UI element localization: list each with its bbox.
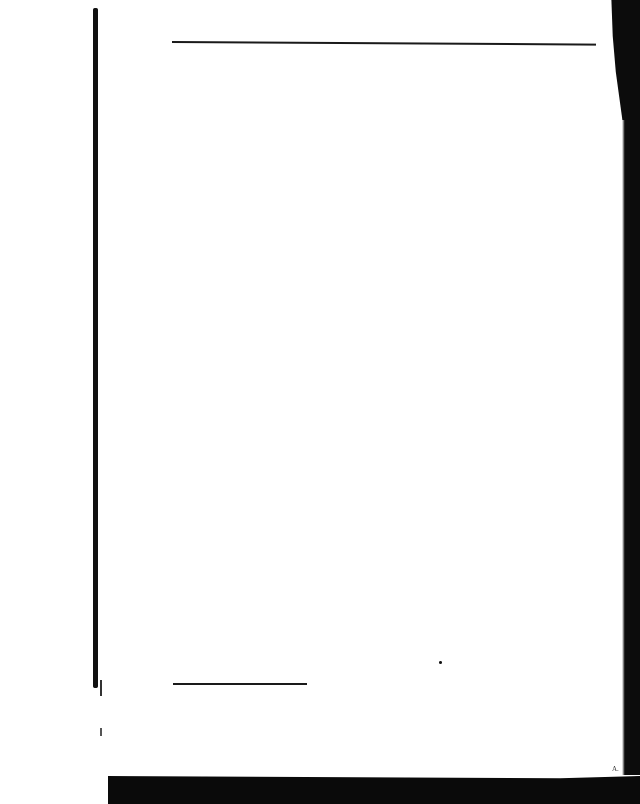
scan-bottom-edge (108, 776, 640, 804)
header-rule (172, 41, 596, 46)
scan-left-edge (93, 8, 98, 688)
scan-speck (439, 661, 442, 664)
scan-left-edge-trace (100, 680, 102, 760)
footnote-separator (173, 683, 307, 685)
corner-mark: A. (612, 766, 619, 773)
